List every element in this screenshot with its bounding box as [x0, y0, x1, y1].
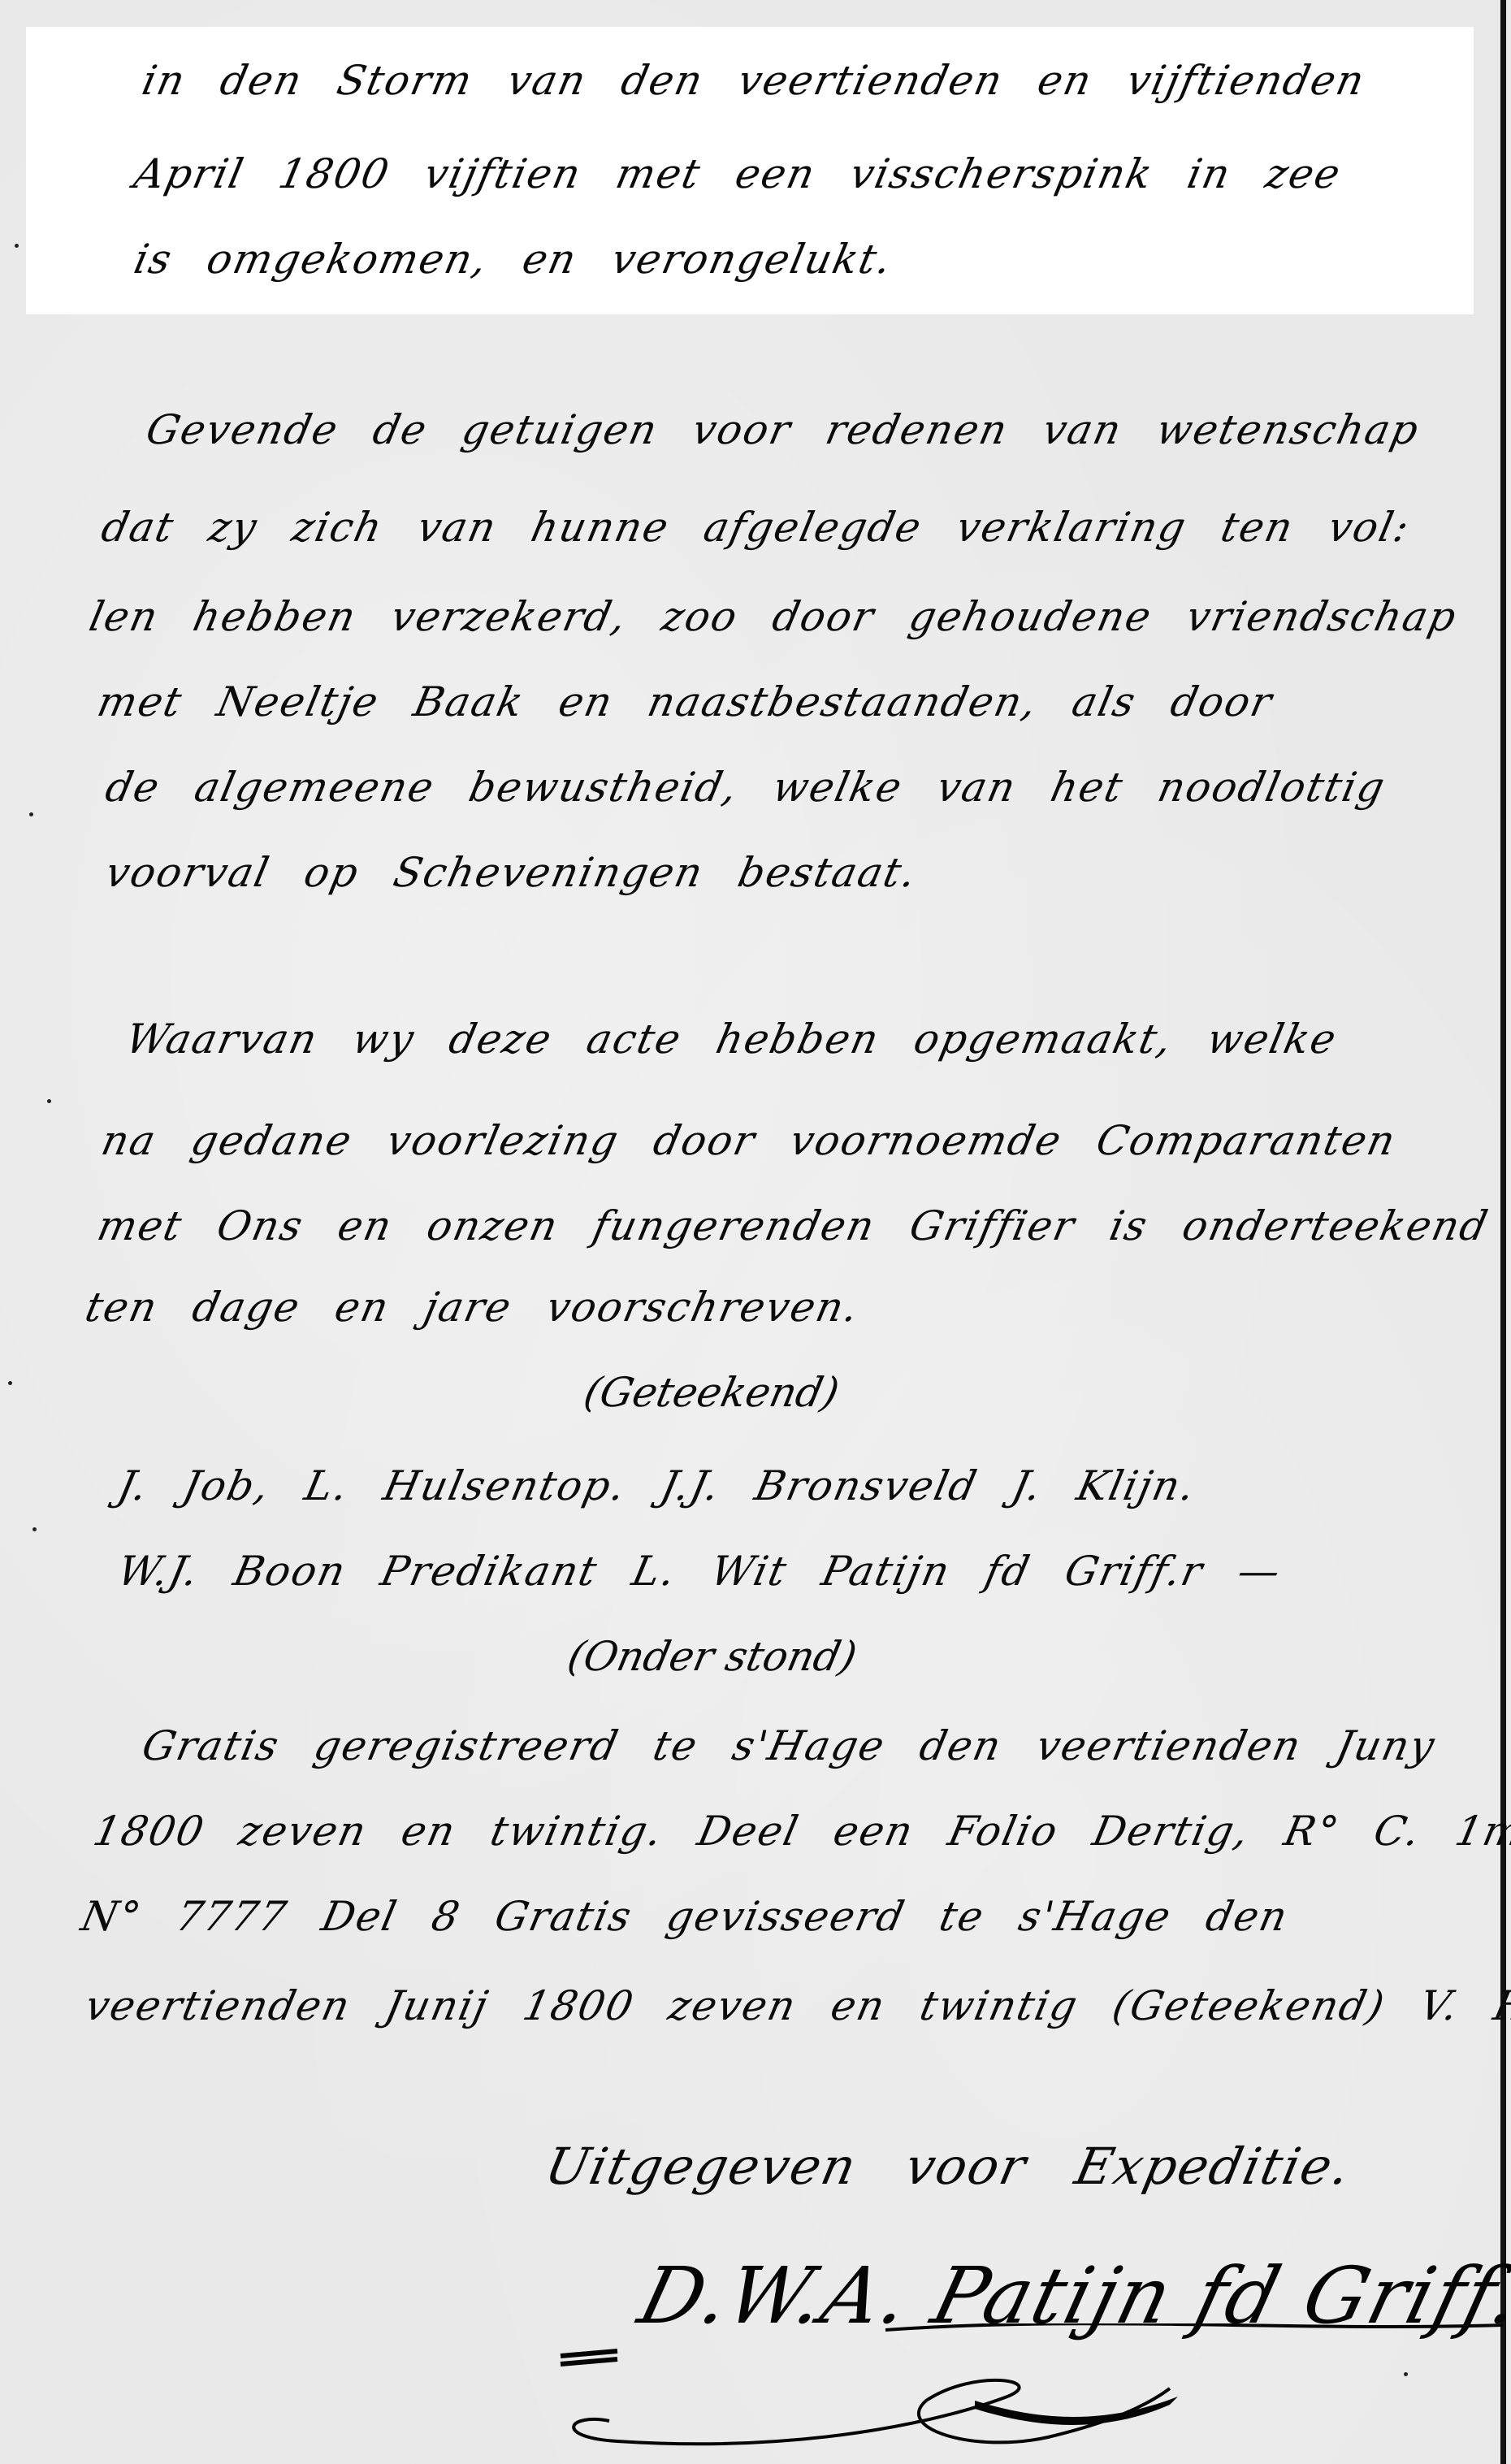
- ink-speck: [15, 244, 19, 248]
- page-edge-border: [1500, 0, 1506, 2464]
- witness-line-1-text: Gevende de getuigen voor redenen van wet…: [142, 406, 1424, 453]
- registration-line-2: 1800 zeven en twintig. Deel een Folio De…: [89, 1808, 1511, 1855]
- witness-line-1: Gevende de getuigen voor redenen van wet…: [142, 406, 1424, 453]
- registration-line-4: veertienden Junij 1800 zeven en twintig …: [81, 1982, 1511, 2029]
- signature-flourish-icon: [520, 2323, 1511, 2462]
- closing-line-4: ten dage en jare voorschreven.: [81, 1284, 864, 1331]
- highlight-line-2: April 1800 vijftien met een visscherspin…: [130, 150, 1346, 197]
- signatories-line-2: W.J. Boon Predikant L. Wit Patijn fd Gri…: [114, 1548, 1286, 1595]
- signed-label: (Geteekend): [580, 1369, 843, 1416]
- witness-line-3: len hebben verzekerd, zoo door gehoudene…: [85, 593, 1461, 640]
- signatories-line-1: J. Job, L. Hulsentop. J.J. Bronsveld J. …: [114, 1462, 1201, 1509]
- ink-speck: [1404, 2372, 1408, 2376]
- closing-line-3: met Ons en onzen fungerenden Griffier is…: [93, 1202, 1493, 1249]
- witness-line-6: voorval op Scheveningen bestaat.: [102, 849, 922, 896]
- highlight-line-1: in den Storm van den veertienden en vijf…: [138, 57, 1370, 104]
- witness-line-5: de algemeene bewustheid, welke van het n…: [102, 764, 1390, 811]
- closing-line-1: Waarvan wy deze acte hebben opgemaakt, w…: [122, 1015, 1341, 1063]
- under-label: (Onder stond): [564, 1633, 861, 1680]
- ink-speck: [29, 812, 33, 816]
- ink-speck: [47, 1099, 51, 1103]
- registration-line-3: N° 7777 Del 8 Gratis gevisseerd te s'Hag…: [77, 1893, 1293, 1940]
- ink-speck: [32, 1527, 37, 1531]
- witness-line-4: met Neeltje Baak en naastbestaanden, als…: [93, 678, 1277, 725]
- ink-speck: [8, 1381, 12, 1385]
- highlight-line-3: is omgekomen, en verongelukt.: [130, 236, 897, 283]
- registration-line-1: Gratis geregistreerd te s'Hage den veert…: [138, 1722, 1440, 1769]
- closing-line-2: na gedane voorlezing door voornoemde Com…: [97, 1117, 1401, 1164]
- witness-line-2: dat zy zich van hunne afgelegde verklari…: [97, 504, 1414, 551]
- document-page: in den Storm van den veertienden en vijf…: [0, 0, 1511, 2464]
- issued-line: Uitgegeven voor Expeditie.: [540, 2137, 1357, 2196]
